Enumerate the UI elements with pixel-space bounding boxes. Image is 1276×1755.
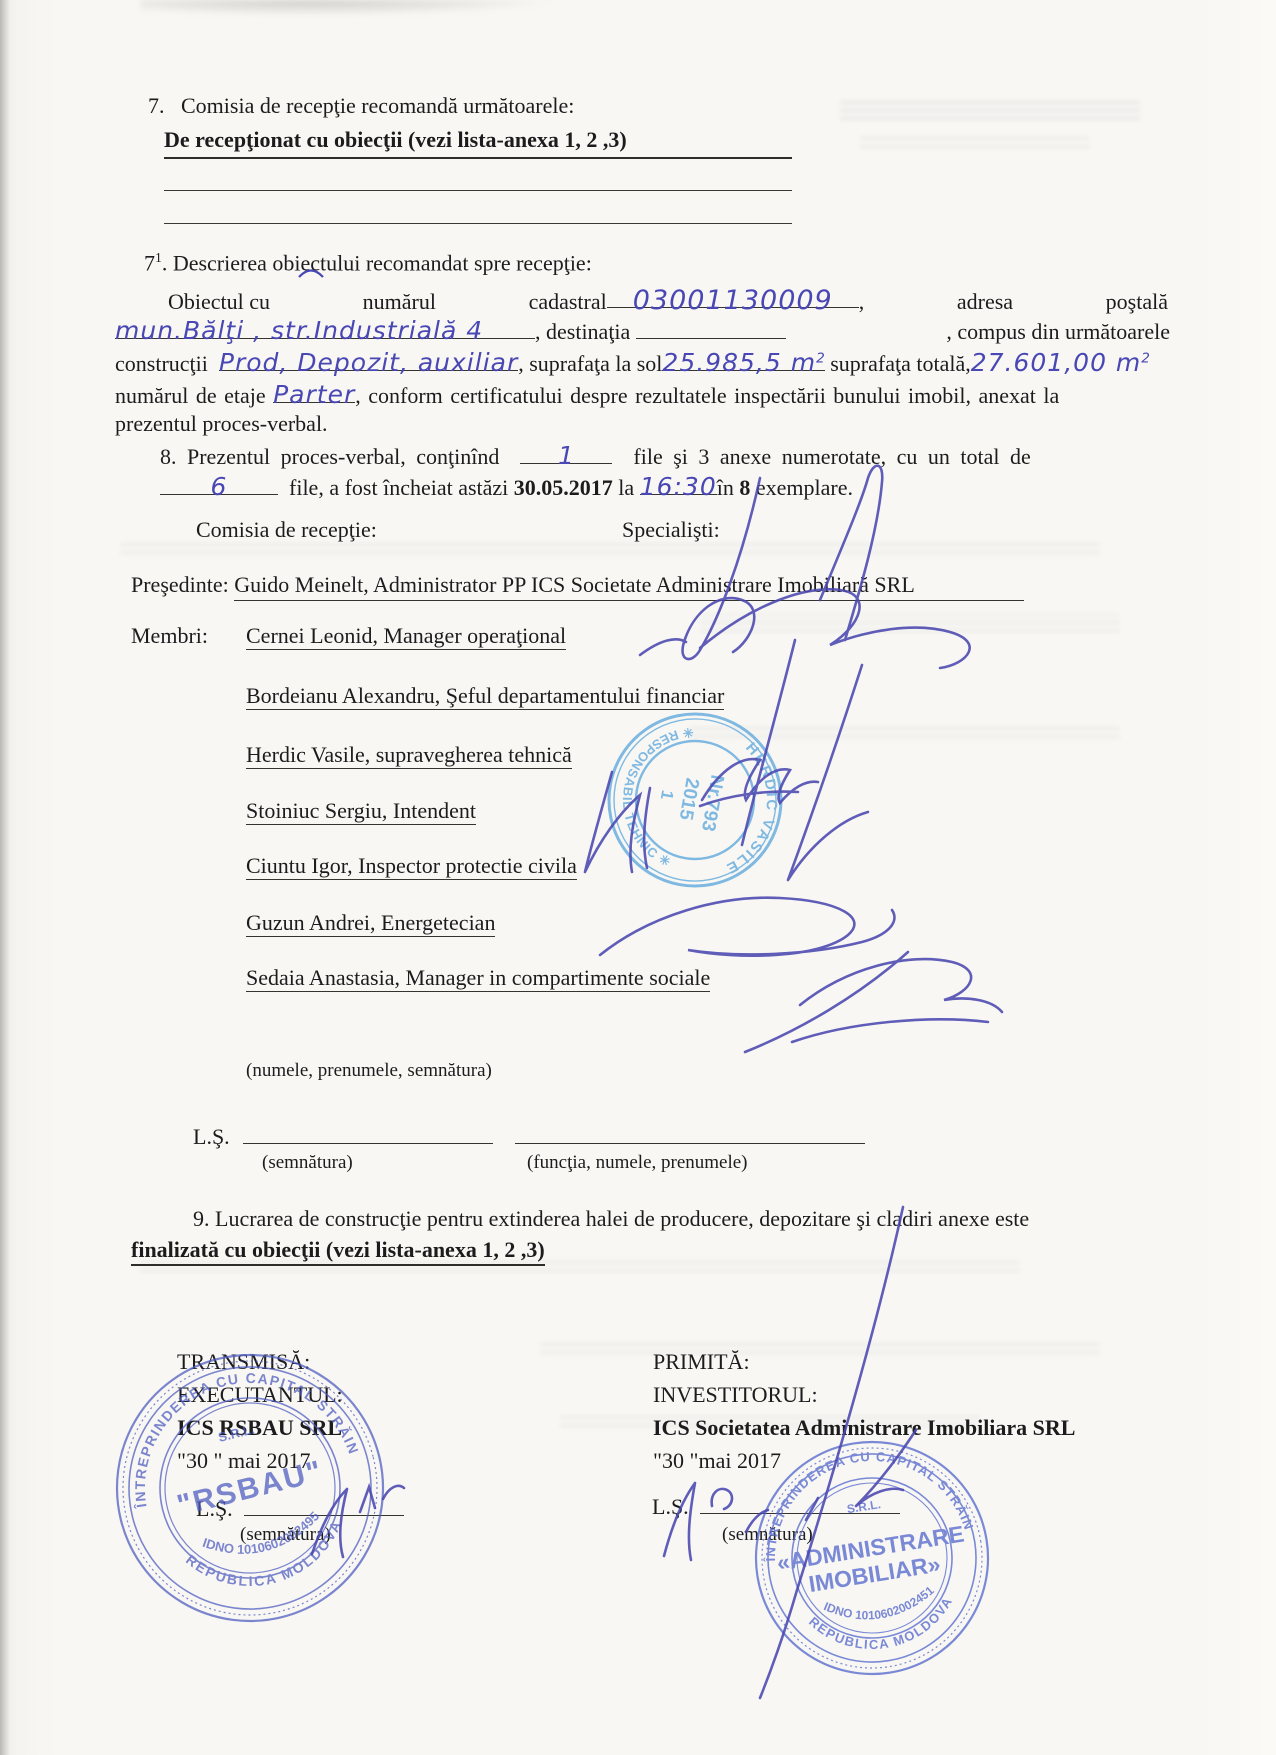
section7-number: 7.	[148, 93, 165, 118]
president-label: Preşedinte:	[131, 572, 229, 597]
signature-line	[243, 1120, 493, 1144]
member-row: Sedaia Anastasia, Manager in compartimen…	[246, 964, 710, 992]
transmitted-label: TRANSMISĂ:	[177, 1348, 310, 1376]
scan-smudge	[140, 0, 560, 16]
investor-label: INVESTITORUL:	[653, 1381, 818, 1409]
svg-text:✳ RESPONSABIL TEHNIC ✳: ✳ RESPONSABIL TEHNIC ✳	[608, 714, 697, 870]
function-caption: (funcţia, numele, prenumele)	[527, 1152, 748, 1174]
signature-sedaia	[745, 952, 908, 1052]
member-row: Herdic Vasile, supravegherea tehnică	[246, 741, 572, 769]
section7-heading: 7. Comisia de recepţie recomandă următoa…	[148, 92, 574, 120]
paragraph-line-2: mun.Bălţi , str.Industrială 4, destinaţi…	[115, 315, 1170, 346]
svg-text:HERDIC VASILE: HERDIC VASILE	[720, 737, 791, 883]
blank-line	[164, 190, 792, 191]
member-row: Guzun Andrei, Energetecian	[246, 909, 495, 937]
bleedthrough-artifact	[700, 614, 1120, 632]
section7-1-heading: 71. Descrierea obiectului recomandat spr…	[144, 249, 592, 277]
stamp-number: Nr.793	[697, 773, 728, 833]
text-fragment: poştală	[1106, 288, 1168, 316]
signature-sedaia	[792, 959, 1002, 1042]
ls-label: L.Ş.	[196, 1496, 233, 1521]
signature-guzun	[600, 898, 894, 956]
svg-text:IDNO 1010602002451: IDNO 1010602002451	[820, 1582, 940, 1630]
executor-label: EXECUTANTUL:	[177, 1381, 343, 1409]
received-label: PRIMITĂ:	[653, 1348, 750, 1376]
section7-title: Comisia de recepţie recomandă următoarel…	[181, 93, 574, 118]
cadastral-group: cadastral03001130009,	[529, 284, 865, 316]
handwritten-constructions: Prod, Depozit, auxiliar	[219, 348, 518, 377]
scanned-document-page: 7. Comisia de recepţie recomandă următoa…	[0, 0, 1276, 1755]
investor-date: "30 "mai 2017	[653, 1447, 781, 1475]
president-name: Guido Meinelt, Administrator PP ICS Soci…	[234, 571, 1024, 601]
signature-caption: (semnătura)	[240, 1524, 331, 1546]
investor-company: ICS Societatea Administrare Imobiliara S…	[653, 1414, 1075, 1442]
executor-company: ICS RSBAU SRL	[177, 1414, 342, 1442]
ls-label: L.Ş.	[193, 1124, 230, 1149]
text-fragment: numărul	[363, 288, 436, 316]
bleedthrough-artifact	[690, 722, 1120, 738]
handwritten-time: 16:30	[640, 472, 717, 501]
paragraph-line-5: prezentul proces-verbal.	[115, 410, 328, 438]
section7-recommendation: De recepţionat cu obiecţii (vezi lista-a…	[164, 126, 792, 159]
signature-caption: (semnătura)	[262, 1152, 353, 1174]
stamp-arc-text: ✳ RESPONSABIL TEHNIC ✳	[608, 714, 697, 870]
member-row: Cernei Leonid, Manager operaţional	[246, 622, 566, 650]
paragraph-line-3: construcţii Prod, Depozit, auxiliar, sup…	[115, 347, 1175, 378]
copies-count: 8	[739, 475, 750, 500]
member-row: Ciuntu Igor, Inspector protectie civila	[246, 852, 577, 880]
stamp-idno: IDNO 1010602002451	[820, 1582, 940, 1630]
committee-label: Comisia de recepţie:	[196, 516, 377, 544]
handwritten-cadastral-number: 03001130009	[633, 285, 833, 316]
bleedthrough-artifact	[540, 1340, 1100, 1354]
stamp-arc-text: REPUBLICA MOLDOVA	[804, 1592, 961, 1663]
signature-herdic	[700, 759, 818, 806]
handwritten-sheets: 1	[558, 441, 575, 470]
scanner-edge-shadow	[0, 0, 10, 1755]
signature-line	[244, 1492, 404, 1516]
specialists-label: Specialişti:	[622, 516, 720, 544]
stamp-company-name: IMOBILIAR»	[807, 1551, 942, 1597]
handwritten-sup: 2	[1141, 351, 1150, 367]
ls-label: L.Ş.	[652, 1494, 689, 1519]
stamp-arc-text: HERDIC VASILE	[720, 737, 791, 883]
handwritten-floors: Parter	[273, 380, 355, 409]
executor-date: "30 " mai 2017	[177, 1447, 310, 1475]
section8-line-2: 6 file, a fost încheiat astăzi 30.05.201…	[160, 471, 853, 502]
superscript: 1	[155, 250, 162, 265]
handwritten-total-sheets: 6	[211, 472, 228, 501]
signature-stroke	[788, 665, 868, 880]
text-fragment: adresa	[957, 288, 1013, 316]
handwritten-total-area: 27.601,00 m	[971, 348, 1142, 377]
stamp-index: 1	[657, 789, 677, 802]
signature-line	[700, 1490, 900, 1514]
date-concluded: 30.05.2017	[514, 475, 613, 500]
paragraph-line-4: numărul de etaje Parter, conform certifi…	[115, 379, 1175, 410]
svg-text:REPUBLICA MOLDOVA: REPUBLICA MOLDOVA	[804, 1592, 961, 1663]
bleedthrough-artifact	[860, 132, 1090, 148]
handwritten-sup: 2	[816, 351, 825, 367]
blank-line	[164, 223, 792, 224]
signature-stroke	[742, 640, 795, 845]
signature-investor-long	[760, 1207, 903, 1698]
text-fragment: , compus din următoarele	[946, 318, 1170, 346]
signature-stoiniuc	[585, 772, 650, 872]
section9-bold: finalizată cu obiecţii (vezi lista-anexa…	[131, 1236, 545, 1264]
text-fragment: Obiectul cu	[168, 288, 270, 316]
bleedthrough-artifact	[840, 96, 1140, 120]
handwritten-address: mun.Bălţi , str.Industrială 4	[115, 316, 483, 345]
executor-ls-row: L.Ş.	[196, 1492, 404, 1523]
blank-destination	[636, 315, 786, 339]
signature-line	[515, 1120, 865, 1144]
handwritten-ground-area: 25.985,5 m	[662, 348, 816, 377]
signature-caption: (semnătura)	[722, 1524, 813, 1546]
names-note: (numele, prenumele, semnătura)	[246, 1060, 492, 1082]
member-row: Bordeianu Alexandru, Şeful departamentul…	[246, 682, 724, 710]
paragraph-line-1: Obiectul cu numărul cadastral03001130009…	[168, 284, 1168, 316]
address-group: mun.Bălţi , str.Industrială 4, destinaţi…	[115, 315, 786, 346]
section8-line-1: 8. Prezentul proces-verbal, conţinînd 1 …	[160, 440, 1172, 471]
stamp-year: 2015	[675, 776, 703, 822]
member-row: Stoiniuc Sergiu, Intendent	[246, 797, 476, 825]
members-label: Membri:	[131, 622, 208, 650]
investor-ls-row: L.Ş.	[652, 1490, 900, 1521]
ls-row: L.Ş.	[193, 1120, 865, 1151]
section9-line1: 9. Lucrarea de construcţie pentru extind…	[131, 1205, 1176, 1233]
president-row: Preşedinte: Guido Meinelt, Administrator…	[131, 571, 1024, 601]
